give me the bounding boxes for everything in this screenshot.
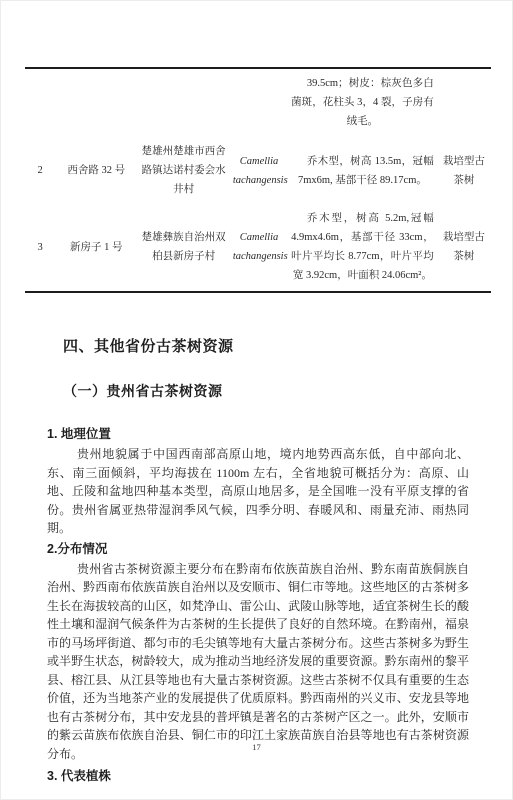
- ancient-tea-tree-table: 39.5cm；树皮：棕灰色多白菌斑，花柱头 3，4 裂，子房有绒毛。 2 西舍路…: [25, 67, 491, 293]
- paragraph-geography: 贵州地貌属于中国西南部高原山地，境内地势西高东低，自中部向北、东、南三面倾斜，平…: [47, 445, 469, 538]
- cell-index: 2: [25, 140, 55, 207]
- cell-location: 楚雄彝族自治州双柏县新房子村: [137, 207, 229, 292]
- species-epithet: tachangensis: [233, 171, 285, 190]
- cell-location: 楚雄州楚雄市西舍路镇达诺村委会水井村: [137, 140, 229, 207]
- cell-species: [230, 68, 288, 140]
- cell-name: 新房子 1 号: [55, 207, 137, 292]
- cell-species: Camellia tachangensis: [230, 140, 288, 207]
- cell-description: 39.5cm；树皮：棕灰色多白菌斑，花柱头 3，4 裂，子房有绒毛。: [288, 68, 437, 140]
- cell-type: 栽培型古茶树: [437, 207, 491, 292]
- subsection-label-distribution: 2.分布情况: [47, 540, 469, 558]
- subsection-label-representative-plants: 3. 代表植株: [47, 767, 469, 785]
- cell-description: 乔木型，树高 13.5m，冠幅 7mx6m, 基部干径 89.17cm。: [288, 140, 437, 207]
- cell-index: [25, 68, 55, 140]
- chapter-heading: 四、其他省份古茶树资源: [63, 337, 469, 357]
- cell-description: 乔木型，树高 5.2m,冠幅 4.9mx4.6m，基部干径 33cm，叶片平均长…: [288, 207, 437, 292]
- cell-location: [137, 68, 229, 140]
- description-text: 39.5cm；树皮：棕灰色多白菌斑，花柱头 3，4 裂，子房有绒毛。: [291, 74, 434, 131]
- table-row: 2 西舍路 32 号 楚雄州楚雄市西舍路镇达诺村委会水井村 Camellia t…: [25, 140, 491, 207]
- page-number: 17: [1, 742, 512, 752]
- table-row: 3 新房子 1 号 楚雄彝族自治州双柏县新房子村 Camellia tachan…: [25, 207, 491, 292]
- description-text: 乔木型，树高 13.5m，冠幅 7mx6m, 基部干径 89.17cm。: [291, 152, 434, 190]
- cell-type: 栽培型古茶树: [437, 140, 491, 207]
- table-row: 39.5cm；树皮：棕灰色多白菌斑，花柱头 3，4 裂，子房有绒毛。: [25, 68, 491, 140]
- document-page: 39.5cm；树皮：棕灰色多白菌斑，花柱头 3，4 裂，子房有绒毛。 2 西舍路…: [0, 0, 513, 800]
- subsection-label-geography: 1. 地理位置: [47, 425, 469, 443]
- paragraph-distribution: 贵州省古茶树资源主要分布在黔南布依族苗族自治州、黔东南苗族侗族自治州、黔西南布依…: [47, 560, 469, 764]
- species-genus: Camellia: [233, 228, 285, 247]
- description-text: 乔木型，树高 5.2m,冠幅 4.9mx4.6m，基部干径 33cm，叶片平均长…: [291, 209, 434, 285]
- species-genus: Camellia: [233, 152, 285, 171]
- cell-species: Camellia tachangensis: [230, 207, 288, 292]
- cell-type: [437, 68, 491, 140]
- cell-name: [55, 68, 137, 140]
- body-content: 四、其他省份古茶树资源 （一）贵州省古茶树资源 1. 地理位置 贵州地貌属于中国…: [47, 337, 469, 785]
- cell-index: 3: [25, 207, 55, 292]
- section-heading: （一）贵州省古茶树资源: [63, 383, 469, 402]
- cell-name: 西舍路 32 号: [55, 140, 137, 207]
- species-epithet: tachangensis: [233, 247, 285, 266]
